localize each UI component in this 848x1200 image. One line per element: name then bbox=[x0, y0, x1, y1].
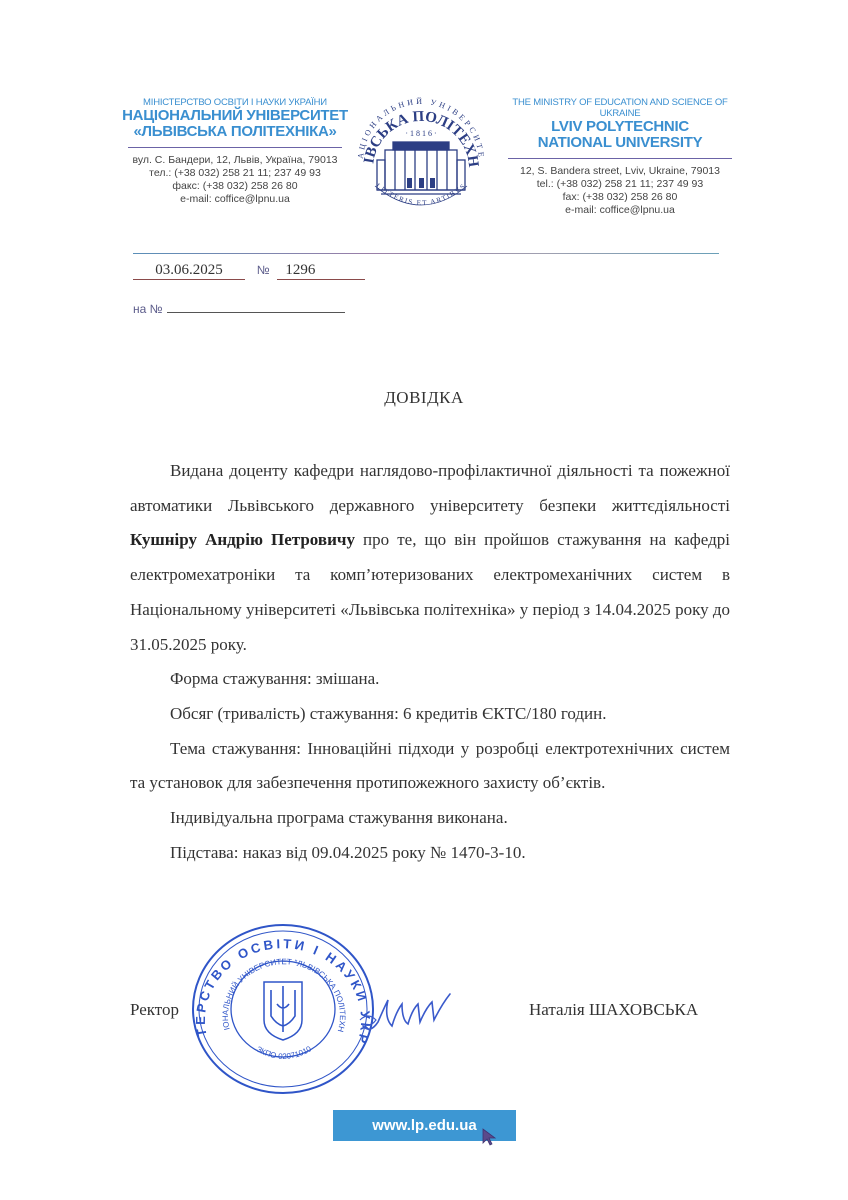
letterhead-ukrainian: МІНІСТЕРСТВО ОСВІТИ І НАУКИ УКРАЇНИ НАЦІ… bbox=[120, 97, 350, 206]
paragraph-topic: Тема стажування: Інноваційні підходи у р… bbox=[130, 732, 730, 801]
university-name-line1: НАЦІОНАЛЬНИЙ УНІВЕРСИТЕТ bbox=[120, 108, 350, 124]
document-title: ДОВІДКА bbox=[0, 388, 848, 408]
trident-coat-of-arms-icon bbox=[264, 982, 302, 1040]
registration-row: 03.06.2025 № 1296 bbox=[133, 262, 365, 280]
fax-en: fax: (+38 032) 258 26 80 bbox=[500, 191, 740, 204]
address: вул. С. Бандери, 12, Львів, Україна, 790… bbox=[120, 154, 350, 167]
paragraph-volume: Обсяг (тривалість) стажування: 6 кредиті… bbox=[130, 697, 730, 732]
university-name-en-line1: LVIV POLYTECHNIC bbox=[500, 119, 740, 135]
paragraph-basis: Підстава: наказ від 09.04.2025 року № 14… bbox=[130, 836, 730, 871]
paragraph-issued-to: Видана доценту кафедри наглядово-профіла… bbox=[130, 454, 730, 662]
signatory-position: Ректор bbox=[130, 1000, 179, 1020]
university-name-line2: «ЛЬВІВСЬКА ПОЛІТЕХНІКА» bbox=[120, 124, 350, 140]
seal-year: · 1 8 1 6 · bbox=[405, 129, 436, 138]
seal-arc-main: ЛЬВІВСЬКА ПОЛІТЕХНІКА bbox=[333, 74, 481, 169]
header-rule bbox=[128, 147, 342, 148]
handwritten-signature bbox=[358, 990, 458, 1040]
document-number: 1296 bbox=[277, 262, 365, 280]
paragraph-program: Індивідуальна програма стажування викона… bbox=[130, 801, 730, 836]
phone-en: tel.: (+38 032) 258 21 11; 237 49 93 bbox=[500, 178, 740, 191]
university-name-en-line2: NATIONAL UNIVERSITY bbox=[500, 135, 740, 151]
pointer-cursor-icon bbox=[482, 1128, 498, 1146]
university-seal-logo: НАЦІОНАЛЬНИЙ УНІВЕРСИТЕТ ЛЬВІВСЬКА ПОЛІТ… bbox=[333, 74, 509, 224]
recipient-name: Кушніру Андрію Петровичу bbox=[130, 530, 355, 549]
svg-text:ЛЬВІВСЬКА ПОЛІТЕХНІКА: ЛЬВІВСЬКА ПОЛІТЕХНІКА bbox=[333, 74, 481, 169]
phone: тел.: (+38 032) 258 21 11; 237 49 93 bbox=[120, 167, 350, 180]
email: e-mail: coffice@lpnu.ua bbox=[120, 193, 350, 206]
document-date: 03.06.2025 bbox=[133, 262, 245, 280]
svg-text:ЗКПО 02071010: ЗКПО 02071010 bbox=[255, 1044, 313, 1061]
official-stamp: МІНІСТЕРСТВО ОСВІТИ І НАУКИ УКРАЇНИ НАЦІ… bbox=[188, 920, 378, 1098]
reply-number bbox=[167, 298, 345, 313]
fax: факс: (+38 032) 258 26 80 bbox=[120, 180, 350, 193]
email-en: e-mail: coffice@lpnu.ua bbox=[500, 204, 740, 217]
header-rule-en bbox=[508, 158, 732, 159]
p1-text-start: Видана доценту кафедри наглядово-профіла… bbox=[130, 461, 730, 515]
number-label: № bbox=[257, 263, 270, 277]
reply-row: на № bbox=[133, 298, 345, 318]
letterhead-english: THE MINISTRY OF EDUCATION AND SCIENCE OF… bbox=[500, 97, 740, 217]
signatory-name: Наталія ШАХОВСЬКА bbox=[529, 1000, 698, 1020]
reply-label: на № bbox=[133, 302, 163, 316]
paragraph-form: Форма стажування: змішана. bbox=[130, 662, 730, 697]
stamp-code: ЗКПО 02071010 bbox=[255, 1044, 313, 1061]
document-body: Видана доценту кафедри наглядово-профіла… bbox=[130, 454, 730, 870]
address-en: 12, S. Bandera street, Lviv, Ukraine, 79… bbox=[500, 165, 740, 178]
letterhead-divider bbox=[133, 253, 719, 254]
ministry-label-en: THE MINISTRY OF EDUCATION AND SCIENCE OF… bbox=[500, 97, 740, 119]
